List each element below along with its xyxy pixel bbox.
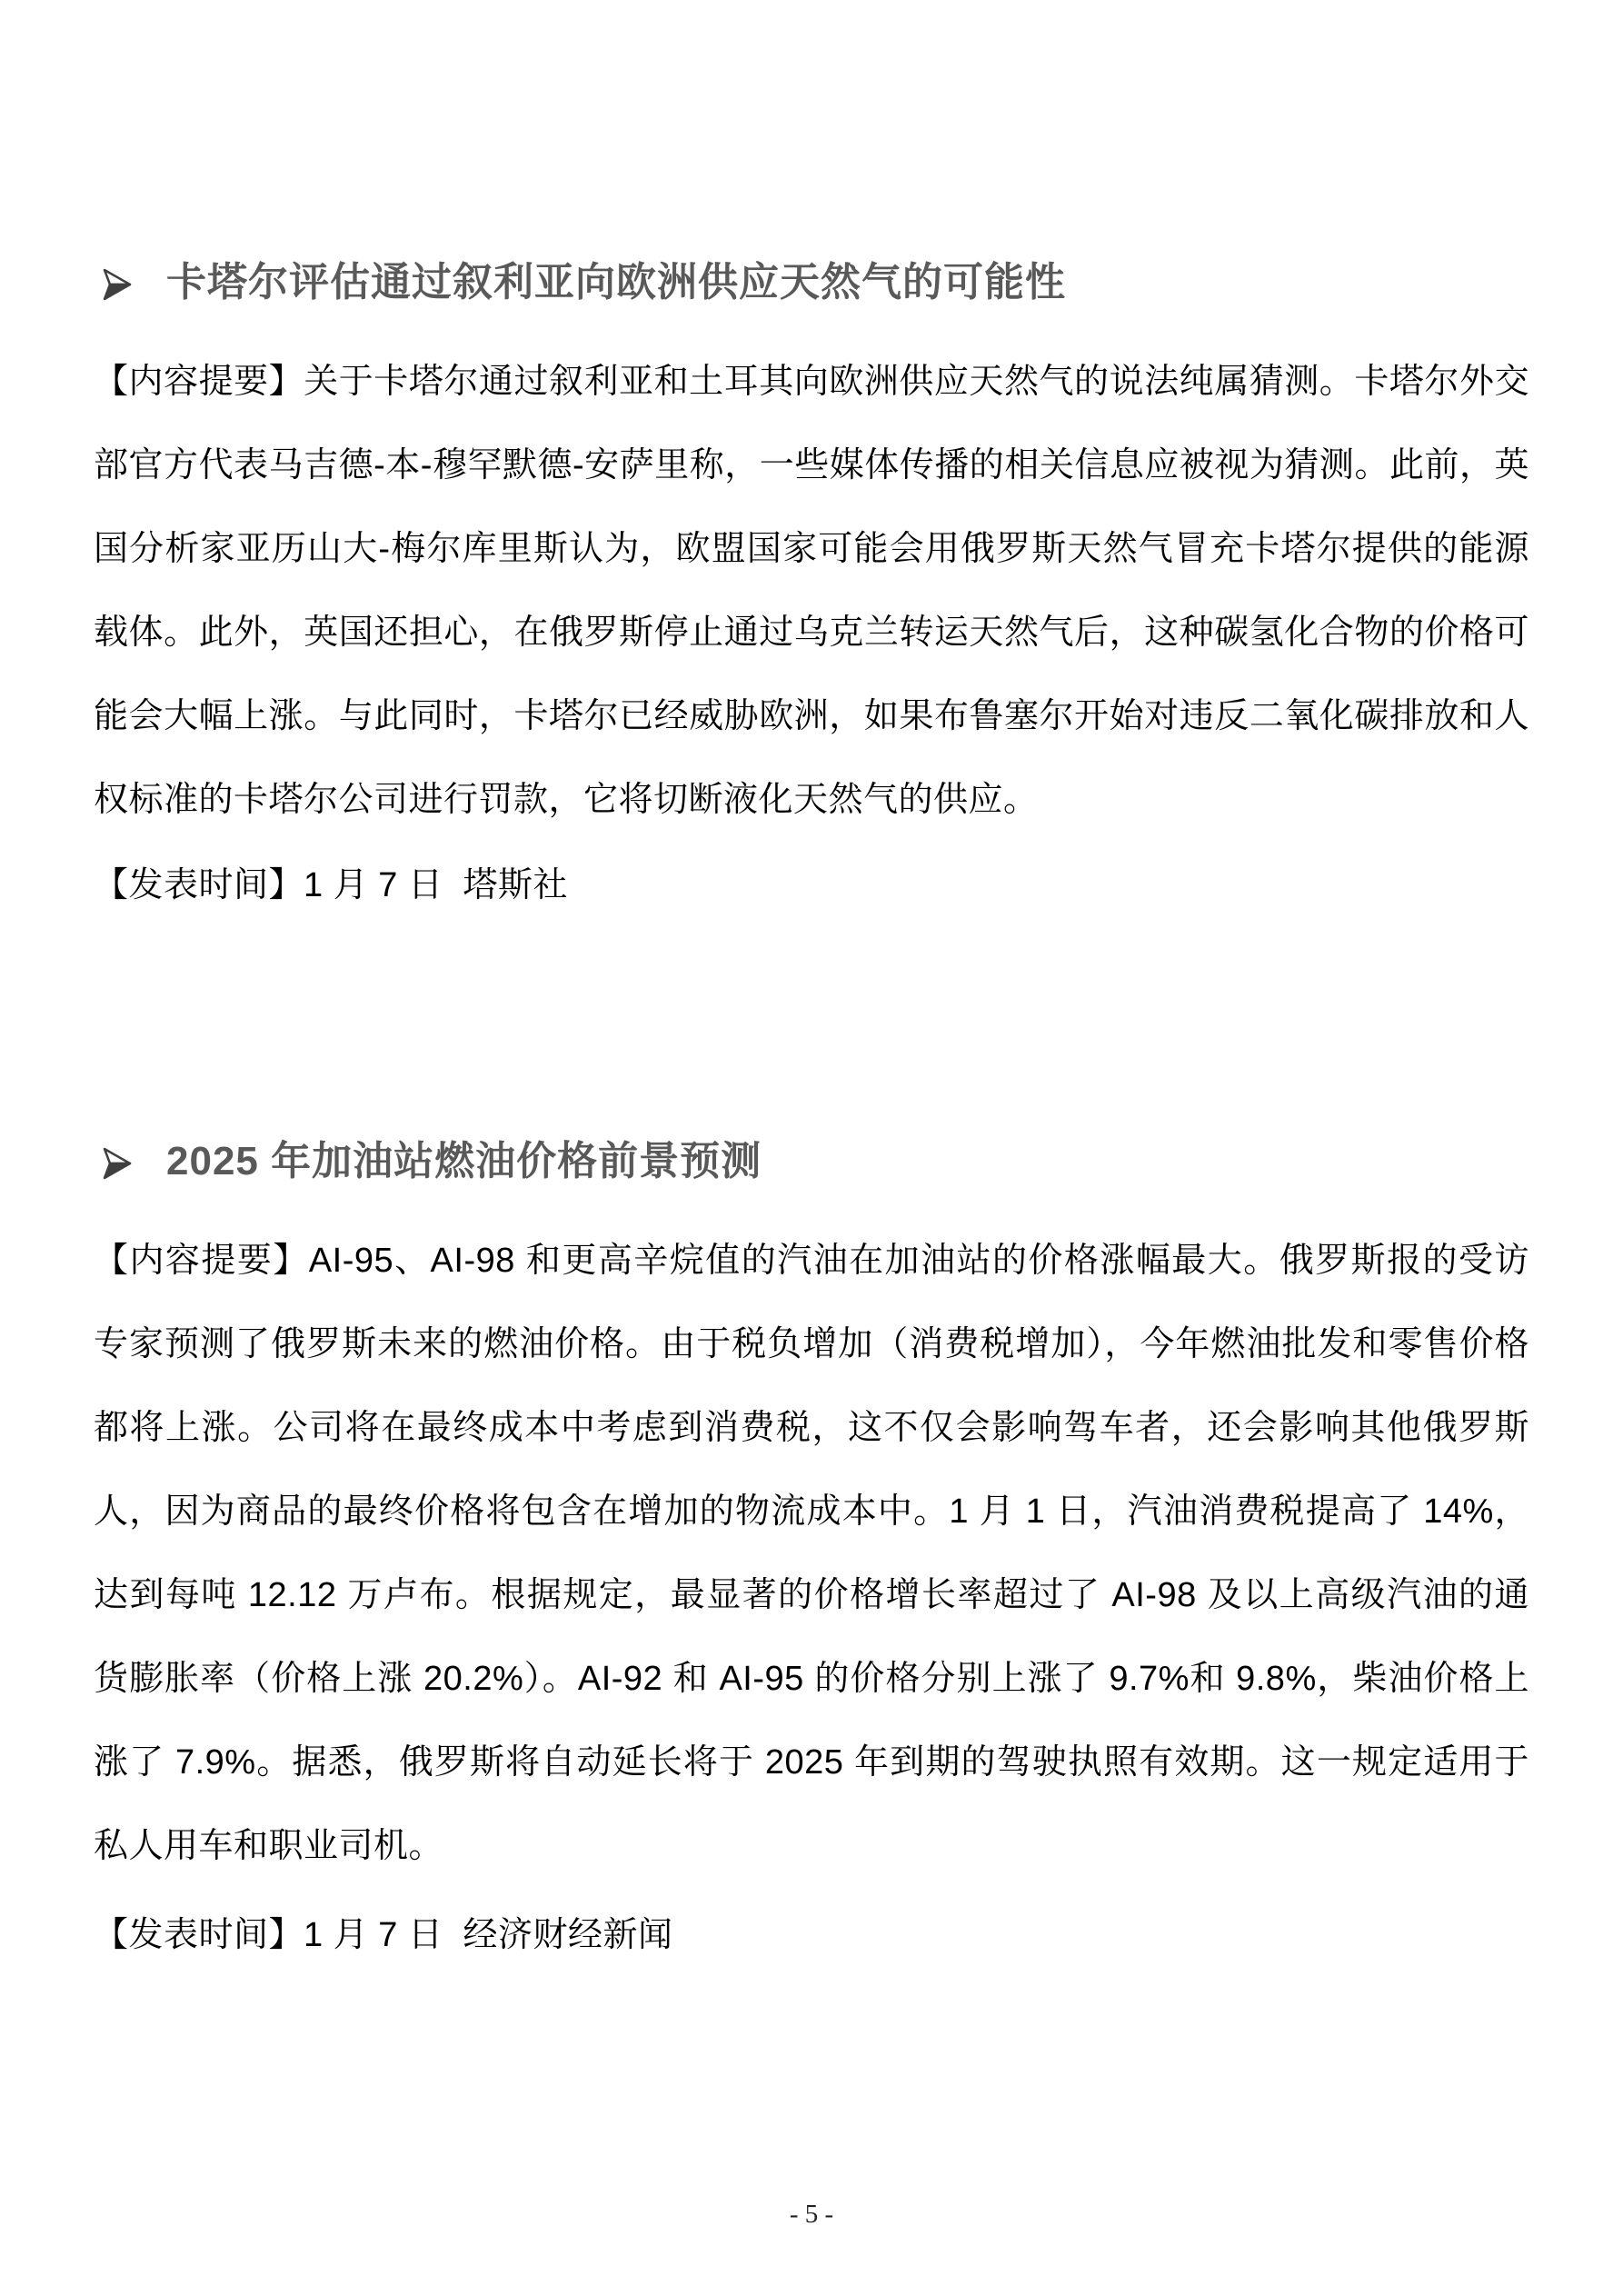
- news-summary: 【内容提要】关于卡塔尔通过叙利亚和土耳其向欧洲供应天然气的说法纯属猜测。卡塔尔外…: [94, 340, 1529, 842]
- news-section-qatar-gas: 卡塔尔评估通过叙利亚向欧洲供应天然气的可能性 【内容提要】关于卡塔尔通过叙利亚和…: [94, 34, 1529, 927]
- news-title-row: 2025 年加油站燃油价格前景预测: [94, 1138, 1529, 1186]
- document-content: 卡塔尔评估通过叙利亚向欧洲供应天然气的可能性 【内容提要】关于卡塔尔通过叙利亚和…: [0, 34, 1623, 1978]
- publish-date-line: 【发表时间】1 月 7 日 经济财经新闻: [94, 1893, 1529, 1977]
- news-title-text: 2025 年加油站燃油价格前景预测: [166, 1138, 762, 1186]
- page-number: - 5 -: [0, 2200, 1623, 2230]
- news-title-row: 卡塔尔评估通过叙利亚向欧洲供应天然气的可能性: [94, 34, 1529, 307]
- news-summary: 【内容提要】AI-95、AI-98 和更高辛烷值的汽油在加油站的价格涨幅最大。俄…: [94, 1219, 1529, 1888]
- arrow-bullet-icon: [99, 1145, 135, 1182]
- arrow-bullet-icon: [99, 266, 135, 303]
- news-title-text: 卡塔尔评估通过叙利亚向欧洲供应天然气的可能性: [166, 259, 1066, 307]
- document-page: 卡塔尔评估通过叙利亚向欧洲供应天然气的可能性 【内容提要】关于卡塔尔通过叙利亚和…: [0, 0, 1623, 2296]
- news-section-fuel-prices: 2025 年加油站燃油价格前景预测 【内容提要】AI-95、AI-98 和更高辛…: [94, 1138, 1529, 1977]
- publish-date-line: 【发表时间】1 月 7 日 塔斯社: [94, 844, 1529, 927]
